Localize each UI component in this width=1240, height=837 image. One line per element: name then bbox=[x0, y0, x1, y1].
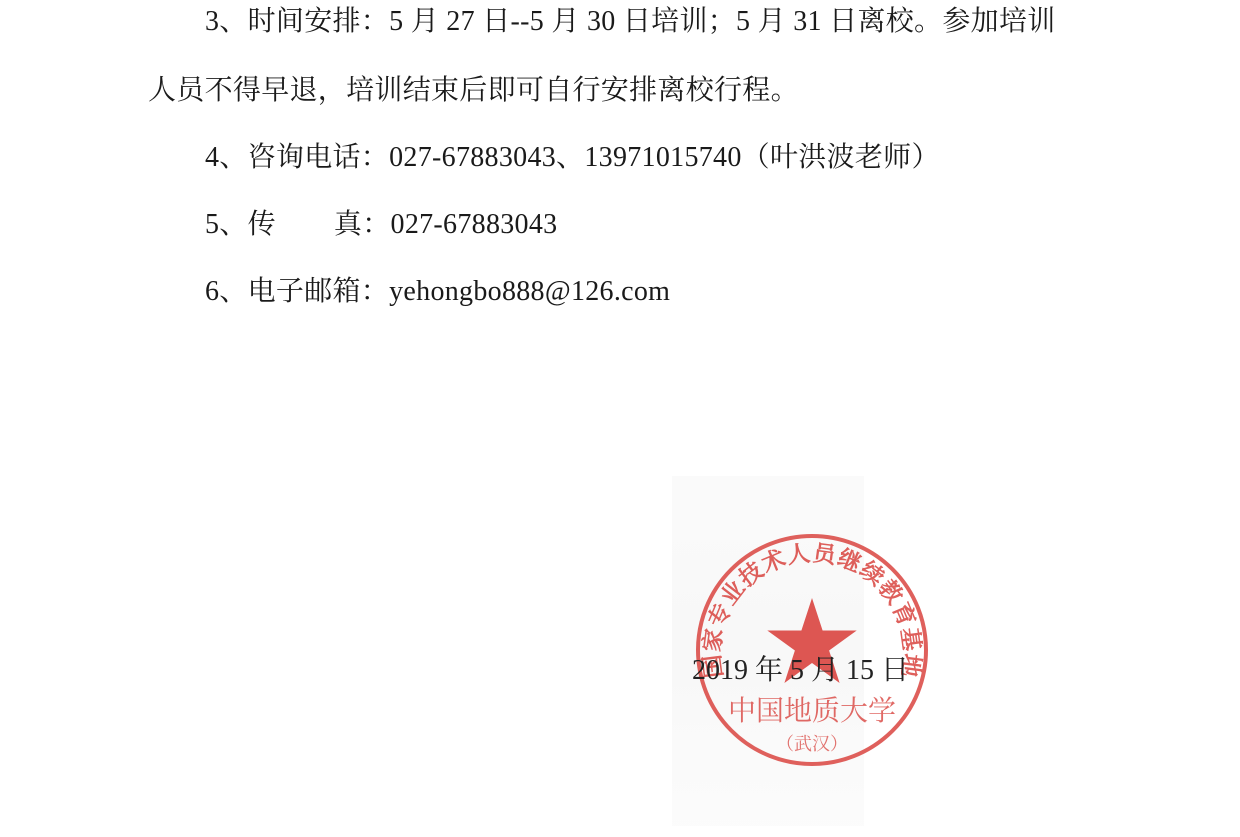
seal-center-text: 中国地质大学 bbox=[728, 694, 896, 727]
fax-value: 027-67883043 bbox=[391, 209, 558, 240]
official-seal: 国家专业技术人员继续教育基地 中国地质大学 （武汉） bbox=[692, 530, 932, 770]
seal-bottom-text: （武汉） bbox=[776, 734, 848, 755]
item-5-fax: 5、传真：027-67883043 bbox=[205, 208, 557, 242]
item-5-label-part1: 传 bbox=[248, 209, 276, 240]
item-5-number: 5、 bbox=[205, 209, 248, 240]
item-4-phone: 4、咨询电话：027-67883043、13971015740（叶洪波老师） bbox=[205, 141, 940, 175]
seal-graphic: 国家专业技术人员继续教育基地 中国地质大学 （武汉） bbox=[692, 530, 932, 770]
email-value: yehongbo888@126.com bbox=[389, 276, 670, 307]
item-3-schedule-line1: 3、时间安排：5 月 27 日--5 月 30 日培训；5 月 31 日离校。参… bbox=[205, 5, 1056, 39]
phone-value: 027-67883043、13971015740（叶洪波老师） bbox=[389, 142, 940, 173]
item-4-number: 4、 bbox=[205, 142, 248, 173]
item-6-email: 6、电子邮箱：yehongbo888@126.com bbox=[205, 275, 670, 309]
document-date: 2019 年 5 月 15 日 bbox=[692, 654, 909, 688]
item-4-label: 咨询电话： bbox=[248, 142, 390, 173]
item-3-schedule-line2: 人员不得早退，培训结束后即可自行安排离校行程。 bbox=[148, 74, 799, 108]
item-5-label-part2: 真： bbox=[334, 209, 391, 240]
item-6-number: 6、 bbox=[205, 276, 248, 307]
item-6-label: 电子邮箱： bbox=[248, 276, 390, 307]
